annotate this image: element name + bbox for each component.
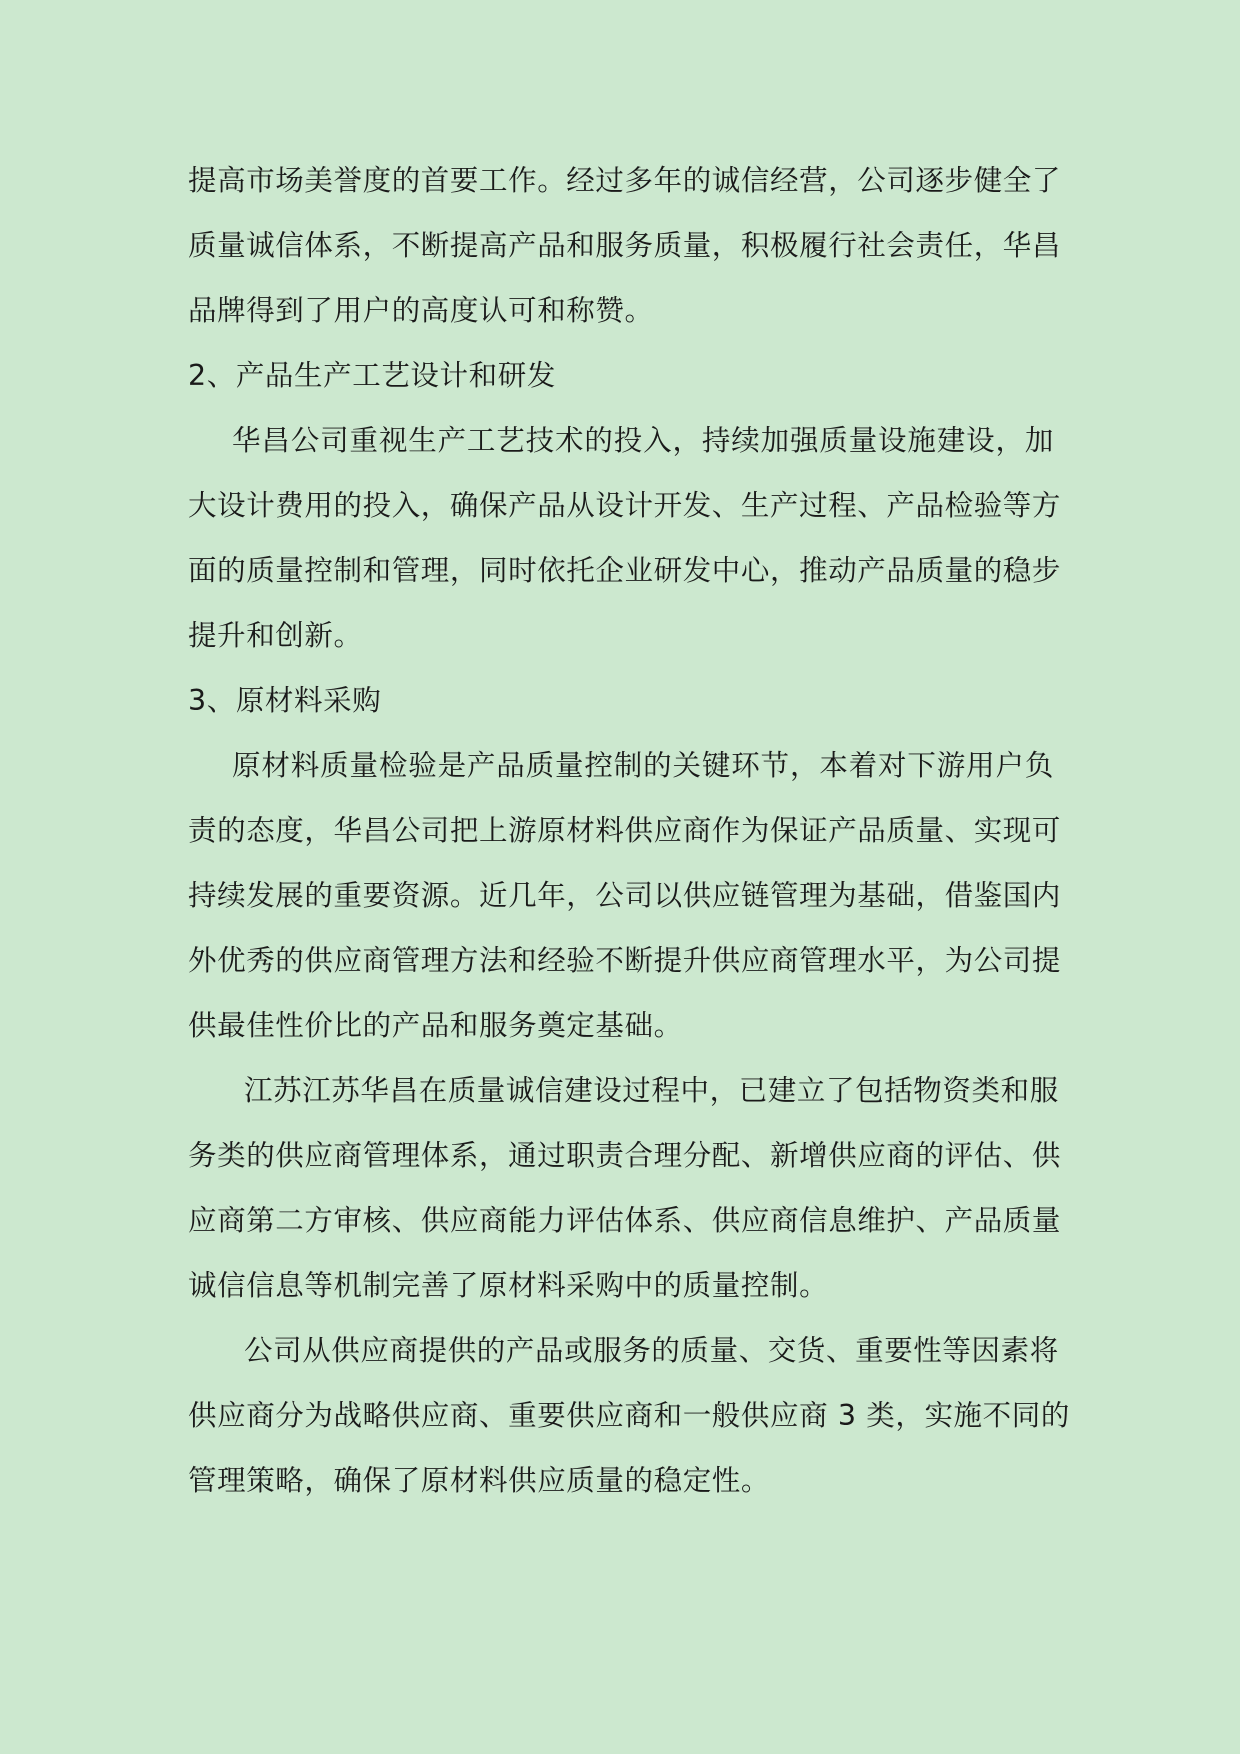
paragraph-2-line-2: 大设计费用的投入，确保产品从设计开发、生产过程、产品检验等方 <box>188 488 1054 524</box>
paragraph-2-line-4: 提升和创新。 <box>188 618 363 654</box>
paragraph-3-line-3: 持续发展的重要资源。近几年，公司以供应链管理为基础，借鉴国内 <box>188 878 1054 914</box>
paragraph-3-line-5: 供最佳性价比的产品和服务奠定基础。 <box>188 1008 683 1044</box>
paragraph-1-line-2: 质量诚信体系，不断提高产品和服务质量，积极履行社会责任，华昌 <box>188 228 1054 264</box>
paragraph-4-line-4: 诚信信息等机制完善了原材料采购中的质量控制。 <box>188 1268 828 1304</box>
paragraph-3-line-2: 责的态度，华昌公司把上游原材料供应商作为保证产品质量、实现可 <box>188 813 1054 849</box>
section-heading-3: 3、原材料采购 <box>188 683 381 719</box>
paragraph-4-line-2: 务类的供应商管理体系，通过职责合理分配、新增供应商的评估、供 <box>188 1138 1054 1174</box>
section-heading-2: 2、产品生产工艺设计和研发 <box>188 358 556 394</box>
paragraph-5-line-1: 公司从供应商提供的产品或服务的质量、交货、重要性等因素将 <box>244 1333 1054 1369</box>
paragraph-2-line-1: 华昌公司重视生产工艺技术的投入，持续加强质量设施建设，加 <box>232 423 1054 459</box>
paragraph-1-line-3: 品牌得到了用户的高度认可和称赞。 <box>188 293 654 329</box>
paragraph-1-line-1: 提高市场美誉度的首要工作。经过多年的诚信经营，公司逐步健全了 <box>188 163 1054 199</box>
paragraph-3-line-1: 原材料质量检验是产品质量控制的关键环节，本着对下游用户负 <box>232 748 1054 784</box>
paragraph-5-line-2: 供应商分为战略供应商、重要供应商和一般供应商 3 类，实施不同的 <box>188 1398 1054 1434</box>
paragraph-2-line-3: 面的质量控制和管理，同时依托企业研发中心，推动产品质量的稳步 <box>188 553 1054 589</box>
paragraph-5-line-3: 管理策略，确保了原材料供应质量的稳定性。 <box>188 1463 770 1499</box>
paragraph-3-line-4: 外优秀的供应商管理方法和经验不断提升供应商管理水平，为公司提 <box>188 943 1054 979</box>
paragraph-4-line-3: 应商第二方审核、供应商能力评估体系、供应商信息维护、产品质量 <box>188 1203 1054 1239</box>
paragraph-4-line-1: 江苏江苏华昌在质量诚信建设过程中，已建立了包括物资类和服 <box>244 1073 1054 1109</box>
